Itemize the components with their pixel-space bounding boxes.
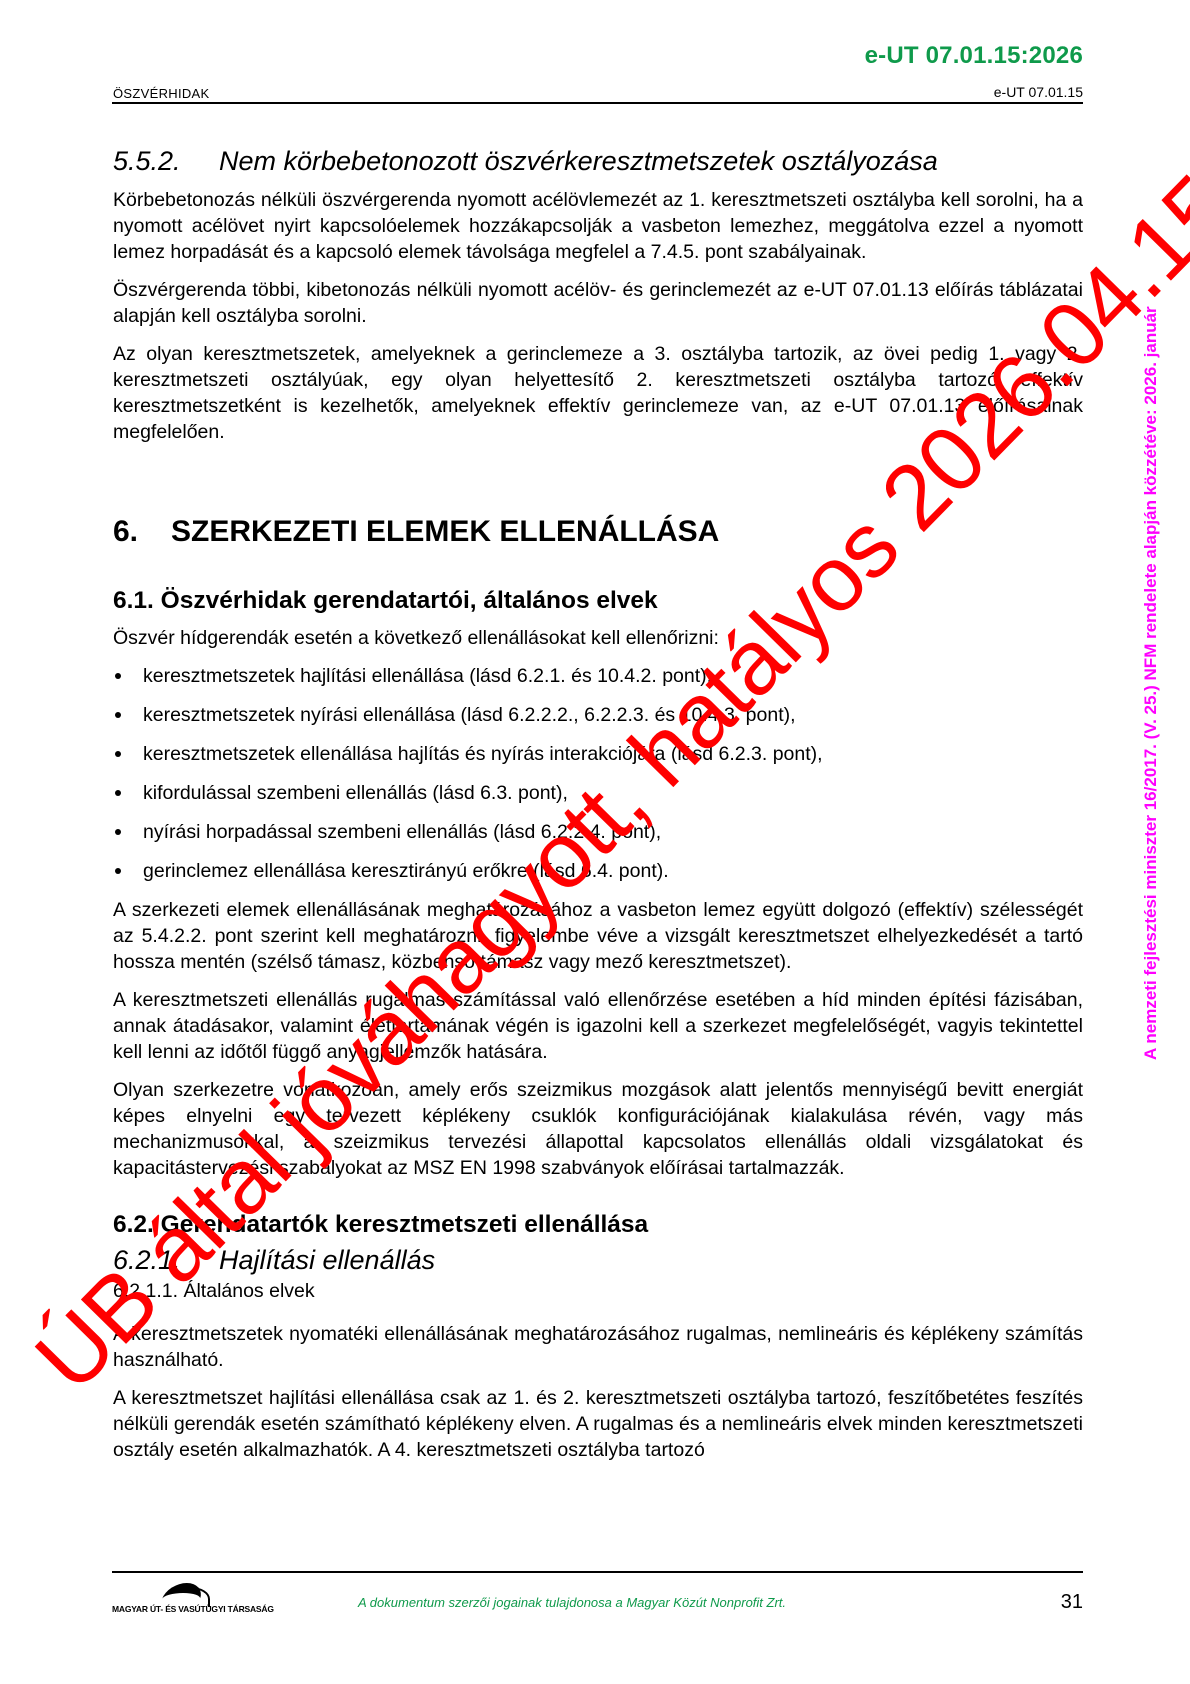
heading-title: Nem körbebetonozott öszvérkeresztmetszet…	[219, 146, 938, 176]
copyright-notice: A dokumentum szerzői jogainak tulajdonos…	[358, 1595, 786, 1610]
heading-number: 5.5.2.	[113, 146, 219, 177]
paragraph-intro: Öszvér hídgerendák esetén a következő el…	[113, 625, 1083, 651]
resistance-check-list: keresztmetszetek hajlítási ellenállása (…	[113, 663, 1083, 884]
running-title-right: e-UT 07.01.15	[994, 84, 1083, 100]
paragraph: A keresztmetszetek nyomatéki ellenállásá…	[113, 1321, 1083, 1373]
heading-6: 6.SZERKEZETI ELEMEK ELLENÁLLÁSA	[113, 515, 1083, 549]
heading-number: 6.	[113, 515, 171, 549]
publisher-logo: MAGYAR ÚT- ÉS VASÚTÜGYI TÁRSASÁG	[112, 1583, 262, 1623]
footer-rule	[112, 1571, 1083, 1573]
heading-6-2-1: 6.2.1.Hajlítási ellenállás	[113, 1245, 1083, 1276]
list-item: kifordulással szembeni ellenállás (lásd …	[113, 780, 1083, 806]
paragraph: A keresztmetszet hajlítási ellenállása c…	[113, 1385, 1083, 1463]
paragraph: Olyan szerkezetre vonatkozóan, amely erő…	[113, 1077, 1083, 1181]
heading-6-2-1-1: 6.2.1.1. Általános elvek	[113, 1280, 1083, 1303]
list-item-text: keresztmetszetek hajlítási ellenállása (…	[143, 665, 712, 687]
page-content: 5.5.2.Nem körbebetonozott öszvérkeresztm…	[113, 140, 1083, 1475]
logo-text: MAGYAR ÚT- ÉS VASÚTÜGYI TÁRSASÁG	[112, 1604, 274, 1614]
heading-number: 6.2.1.	[113, 1245, 219, 1276]
list-item-text: nyírási horpadással szembeni ellenállás …	[143, 821, 661, 843]
list-item: keresztmetszetek ellenállása hajlítás és…	[113, 741, 1083, 767]
bullet-icon	[115, 712, 121, 718]
list-item-text: keresztmetszetek ellenállása hajlítás és…	[143, 743, 823, 765]
bullet-icon	[115, 829, 121, 835]
list-item: gerinclemez ellenállása keresztirányú er…	[113, 858, 1083, 884]
paragraph: Körbebetonozás nélküli öszvérgerenda nyo…	[113, 187, 1083, 265]
paragraph: A szerkezeti elemek ellenállásának megha…	[113, 897, 1083, 975]
page-number: 31	[1061, 1591, 1083, 1614]
list-item-text: kifordulással szembeni ellenállás (lásd …	[143, 782, 568, 804]
heading-title: SZERKEZETI ELEMEK ELLENÁLLÁSA	[171, 515, 719, 548]
heading-title: Hajlítási ellenállás	[219, 1245, 435, 1275]
running-title-left: ÖSZVÉRHIDAK	[113, 86, 209, 101]
list-item: keresztmetszetek hajlítási ellenállása (…	[113, 663, 1083, 689]
paragraph: Öszvérgerenda többi, kibetonozás nélküli…	[113, 277, 1083, 329]
publication-side-note: A nemzeti fejlesztési miniszter 16/2017.…	[1141, 150, 1161, 1060]
paragraph: A keresztmetszeti ellenállás rugalmas sz…	[113, 987, 1083, 1065]
bullet-icon	[115, 868, 121, 874]
list-item: nyírási horpadással szembeni ellenállás …	[113, 819, 1083, 845]
header-rule	[112, 102, 1083, 104]
bullet-icon	[115, 751, 121, 757]
list-item-text: keresztmetszetek nyírási ellenállása (lá…	[143, 704, 796, 726]
document-page: e-UT 07.01.15:2026 ÖSZVÉRHIDAK e-UT 07.0…	[0, 0, 1190, 1684]
heading-5-5-2: 5.5.2.Nem körbebetonozott öszvérkeresztm…	[113, 146, 1083, 177]
heading-6-1: 6.1. Öszvérhidak gerendatartói, általáno…	[113, 587, 1083, 615]
document-code: e-UT 07.01.15:2026	[865, 42, 1083, 70]
bullet-icon	[115, 673, 121, 679]
list-item-text: gerinclemez ellenállása keresztirányú er…	[143, 860, 669, 882]
bullet-icon	[115, 790, 121, 796]
paragraph: Az olyan keresztmetszetek, amelyeknek a …	[113, 341, 1083, 445]
heading-6-2: 6.2. Gerendatartók keresztmetszeti ellen…	[113, 1211, 1083, 1239]
list-item: keresztmetszetek nyírási ellenállása (lá…	[113, 702, 1083, 728]
